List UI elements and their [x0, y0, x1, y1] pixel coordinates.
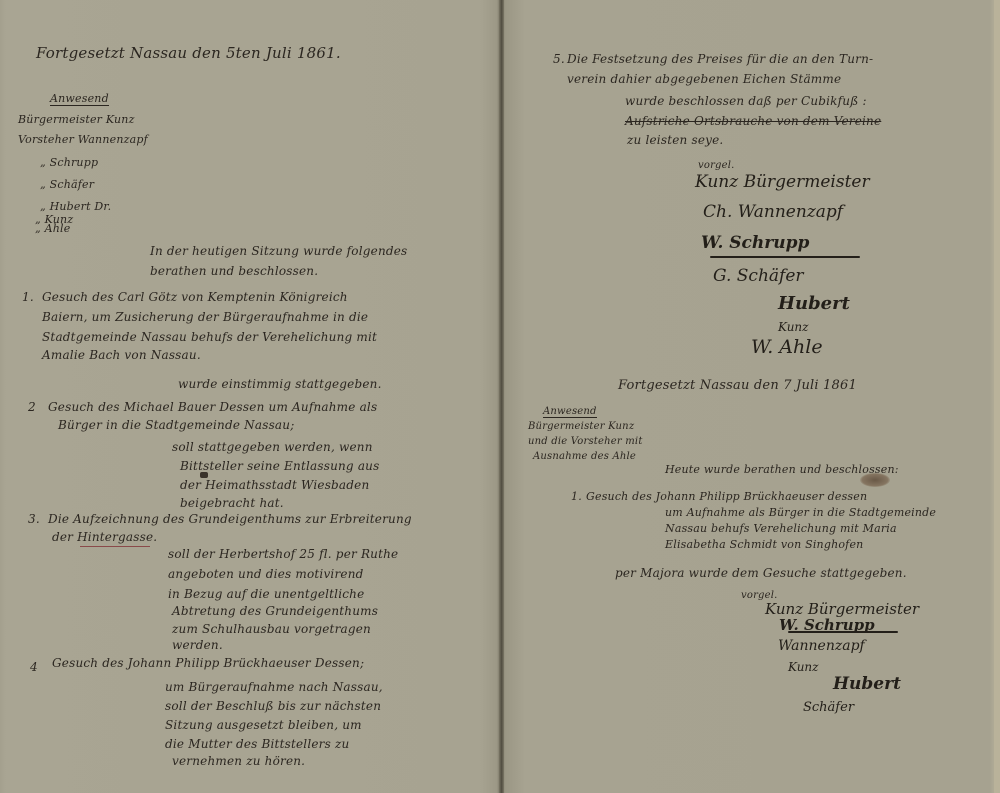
signature: Wannenzapf — [778, 638, 865, 654]
attendee: Bürgermeister Kunz — [528, 421, 634, 432]
left-page: Fortgesetzt Nassau den 5ten Juli 1861. A… — [0, 0, 500, 793]
session-heading: Fortgesetzt Nassau den 7 Juli 1861 — [618, 378, 857, 393]
attendee: „ Schäfer — [40, 178, 94, 191]
session-heading: Fortgesetzt Nassau den 5ten Juli 1861. — [36, 44, 341, 62]
item-line: um Aufnahme als Bürger in die Stadtgemei… — [665, 506, 936, 519]
ink-stain — [860, 473, 890, 487]
item-number: 1. — [571, 490, 582, 503]
attendee: Ausnahme des Ahle — [533, 451, 636, 462]
item-decision: Bittsteller seine Entlassung aus — [180, 459, 379, 473]
item-line: Gesuch des Michael Bauer Dessen um Aufna… — [48, 400, 377, 414]
item-number: 1. — [22, 290, 34, 304]
signature: Schäfer — [803, 700, 854, 715]
attendee: Bürgermeister Kunz — [18, 113, 135, 126]
signature: G. Schäfer — [713, 266, 804, 286]
item-line: Die Aufzeichnung des Grundeigenthums zur… — [48, 512, 412, 526]
signature-flourish — [710, 256, 860, 258]
signature-flourish — [788, 631, 898, 633]
ledger-spread: Fortgesetzt Nassau den 5ten Juli 1861. A… — [0, 0, 1000, 793]
item-decision: soll der Beschluß bis zur nächsten — [165, 699, 381, 713]
item-decision: Aufstriche Ortsbrauche von dem Vereine — [625, 114, 881, 128]
right-page: 5. Die Festsetzung des Preises für die a… — [503, 0, 1000, 793]
item-decision: der Heimathsstadt Wiesbaden — [180, 478, 369, 492]
item-decision: in Bezug auf die unentgeltliche — [168, 587, 364, 601]
signature: W. Schrupp — [701, 233, 809, 253]
item-decision: soll stattgegeben werden, wenn — [172, 440, 373, 454]
item-decision: per Majora wurde dem Gesuche stattgegebe… — [615, 566, 907, 580]
item-line: Die Festsetzung des Preises für die an d… — [567, 52, 873, 66]
attendance-label: Anwesend — [543, 406, 597, 418]
item-decision: Abtretung des Grundeigenthums — [172, 604, 378, 618]
attendance-label: Anwesend — [50, 92, 109, 106]
item-decision: um Bürgeraufnahme nach Nassau, — [165, 680, 383, 694]
item-number: 3. — [28, 512, 40, 526]
item-decision: vernehmen zu hören. — [172, 754, 305, 768]
item-line: Nassau behufs Verehelichung mit Maria — [665, 522, 897, 535]
item-number: 5. — [553, 52, 565, 66]
signature: Kunz — [788, 660, 818, 674]
item-decision: werden. — [172, 638, 223, 652]
intro-line: berathen und beschlossen. — [150, 264, 318, 278]
signature: Hubert — [778, 293, 850, 314]
signature: Kunz — [778, 320, 808, 334]
attendee: „ Hubert Dr. — [40, 200, 111, 213]
item-line: Gesuch des Johann Philipp Brückhaeuser d… — [586, 490, 867, 503]
signature: W. Ahle — [751, 336, 823, 358]
item-decision: angeboten und dies motivirend — [168, 567, 364, 581]
item-decision: die Mutter des Bittstellers zu — [165, 737, 349, 751]
item-line: Amalie Bach von Nassau. — [42, 348, 201, 362]
item-line: verein dahier abgegebenen Eichen Stämme — [567, 72, 841, 86]
item-number: 4 — [30, 660, 38, 674]
ink-blot — [200, 472, 208, 478]
attendee: Vorsteher Wannenzapf — [18, 133, 148, 146]
signature: Hubert — [833, 674, 901, 694]
signoff-label: vorgel. — [698, 160, 735, 171]
attendee: „ Ahle — [35, 222, 70, 235]
item-line: Elisabetha Schmidt von Singhofen — [665, 538, 863, 551]
item-number: 2 — [28, 400, 36, 414]
signature: Kunz Bürgermeister — [695, 172, 870, 192]
item-line: Stadtgemeinde Nassau behufs der Vereheli… — [42, 330, 377, 344]
item-line: Bürger in die Stadtgemeinde Nassau; — [58, 418, 294, 432]
intro-line: In der heutigen Sitzung wurde folgendes — [150, 244, 407, 258]
red-pencil-underline — [80, 546, 150, 547]
item-line: Gesuch des Carl Götz von Kemptenin König… — [42, 290, 348, 304]
item-decision: beigebracht hat. — [180, 496, 284, 510]
item-line: der Hintergasse. — [52, 530, 157, 544]
item-line: Baiern, um Zusicherung der Bürgeraufnahm… — [42, 310, 368, 324]
item-line: Gesuch des Johann Philipp Brückhaeuser D… — [52, 656, 364, 670]
signature: Ch. Wannenzapf — [703, 202, 843, 222]
item-decision: Sitzung ausgesetzt bleiben, um — [165, 718, 362, 732]
attendee: und die Vorsteher mit — [528, 436, 643, 447]
item-decision: zum Schulhausbau vorgetragen — [172, 622, 371, 636]
item-decision: soll der Herbertshof 25 fl. per Ruthe — [168, 547, 398, 561]
page-edge — [994, 0, 1000, 793]
item-decision: wurde einstimmig stattgegeben. — [178, 377, 382, 391]
item-decision: wurde beschlossen daß per Cubikfuß : — [625, 94, 867, 108]
item-decision: zu leisten seye. — [627, 133, 723, 147]
attendee: „ Schrupp — [40, 156, 98, 169]
